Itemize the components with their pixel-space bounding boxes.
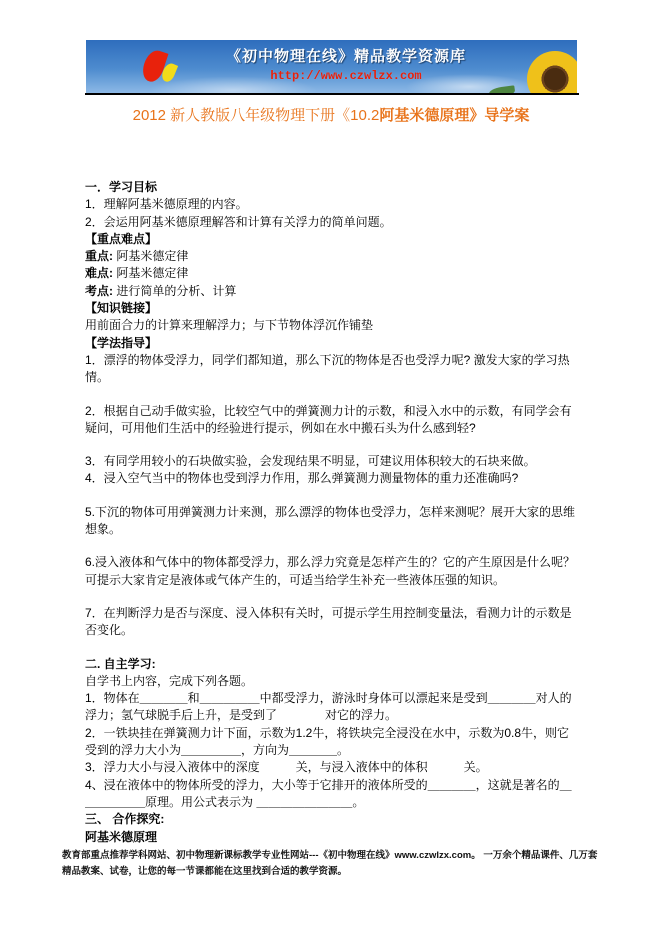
para-method-6: 6.浸入液体和气体中的物体都受浮力，那么浮力究竟是怎样产生的？它的产生原因是什么… — [85, 554, 579, 589]
page-title-part1: 2012 新人教版八年级物理下册《10.2 — [133, 107, 380, 124]
para-self-intro: 自学书上内容，完成下列各题。 — [85, 673, 579, 690]
site-banner: 《初中物理在线》精品教学资源库 http://www.czwlzx.com — [86, 40, 577, 93]
para-goal-1: 1．理解阿基米德原理的内容。 — [85, 196, 579, 213]
banner-site-url: http://www.czwlzx.com — [196, 69, 496, 83]
document-page: 《初中物理在线》精品教学资源库 http://www.czwlzx.com 20… — [0, 0, 661, 936]
heading-study-method: 【学法指导】 — [85, 335, 579, 352]
text-kaodian: 进行简单的分析、计算 — [113, 284, 236, 298]
text-zhongdian: 阿基米德定律 — [113, 249, 188, 263]
page-title-part2: 阿基米德原理》导学案 — [379, 107, 529, 124]
para-goal-2: 2．会运用阿基米德原理解答和计算有关浮力的简单问题。 — [85, 214, 579, 231]
label-kaodian: 考点: — [85, 284, 113, 298]
footer-note: 教育部重点推荐学科网站、初中物理新课标教学专业性网站---《初中物理在线》www… — [62, 848, 602, 880]
label-zhongdian: 重点: — [85, 249, 113, 263]
heading-knowledge-link: 【知识链接】 — [85, 300, 579, 317]
para-self-3: 3．浮力大小与浸入液体中的深度 关，与浸入液体中的体积 关。 — [85, 759, 579, 776]
sunflower-image — [527, 51, 577, 93]
para-method-4: 4．浸入空气当中的物体也受到浮力作用，那么弹簧测力测量物体的重力还准确吗? — [85, 470, 579, 487]
divider-line — [85, 93, 579, 95]
para-nandian: 难点: 阿基米德定律 — [85, 265, 579, 282]
para-self-1: 1．物体在＿＿＿＿和＿＿＿＿＿中都受浮力，游泳时身体可以漂起来是受到＿＿＿＿对人… — [85, 690, 579, 725]
banner-text: 《初中物理在线》精品教学资源库 http://www.czwlzx.com — [196, 45, 496, 83]
para-self-4: 4、浸在液体中的物体所受的浮力，大小等于它排开的液体所受的＿＿＿＿，这就是著名的… — [85, 777, 579, 812]
para-method-3: 3．有同学用较小的石块做实验，会发现结果不明显，可建议用体积较大的石块来做。 — [85, 453, 579, 470]
heading-self-study: 二. 自主学习: — [85, 656, 579, 673]
banner-site-title: 《初中物理在线》精品教学资源库 — [196, 45, 496, 66]
leaf-decoration — [488, 85, 515, 93]
para-self-2: 2．一铁块挂在弹簧测力计下面，示数为1.2牛，将铁块完全浸没在水中，示数为0.8… — [85, 725, 579, 760]
text-nandian: 阿基米德定律 — [113, 266, 188, 280]
heading-cooperation: 三、 合作探究: — [85, 811, 579, 828]
heading-learning-goals: 一．学习目标 — [85, 179, 579, 196]
para-method-1: 1．漂浮的物体受浮力，同学们都知道，那么下沉的物体是否也受浮力呢? 激发大家的学… — [85, 352, 579, 387]
para-zhongdian: 重点: 阿基米德定律 — [85, 248, 579, 265]
heading-key-points: 【重点难点】 — [85, 231, 579, 248]
heading-archimedes-principle: 阿基米德原理 — [85, 829, 579, 846]
para-knowledge-link: 用前面合力的计算来理解浮力；与下节物体浮沉作铺垫 — [85, 317, 579, 334]
para-method-7: 7．在判断浮力是否与深度、浸入体积有关时，可提示学生用控制变量法，看测力计的示数… — [85, 605, 579, 640]
document-body: 一．学习目标 1．理解阿基米德原理的内容。 2．会运用阿基米德原理解答和计算有关… — [85, 179, 579, 846]
para-kaodian: 考点: 进行简单的分析、计算 — [85, 283, 579, 300]
site-logo-icon — [138, 48, 182, 88]
para-method-2: 2．根据自己动手做实验，比较空气中的弹簧测力计的示数，和浸入水中的示数，有同学会… — [85, 403, 579, 438]
page-title: 2012 新人教版八年级物理下册《10.2阿基米德原理》导学案 — [85, 104, 577, 125]
label-nandian: 难点: — [85, 266, 113, 280]
para-method-5: 5.下沉的物体可用弹簧测力计来测，那么漂浮的物体也受浮力，怎样来测呢？展开大家的… — [85, 504, 579, 539]
